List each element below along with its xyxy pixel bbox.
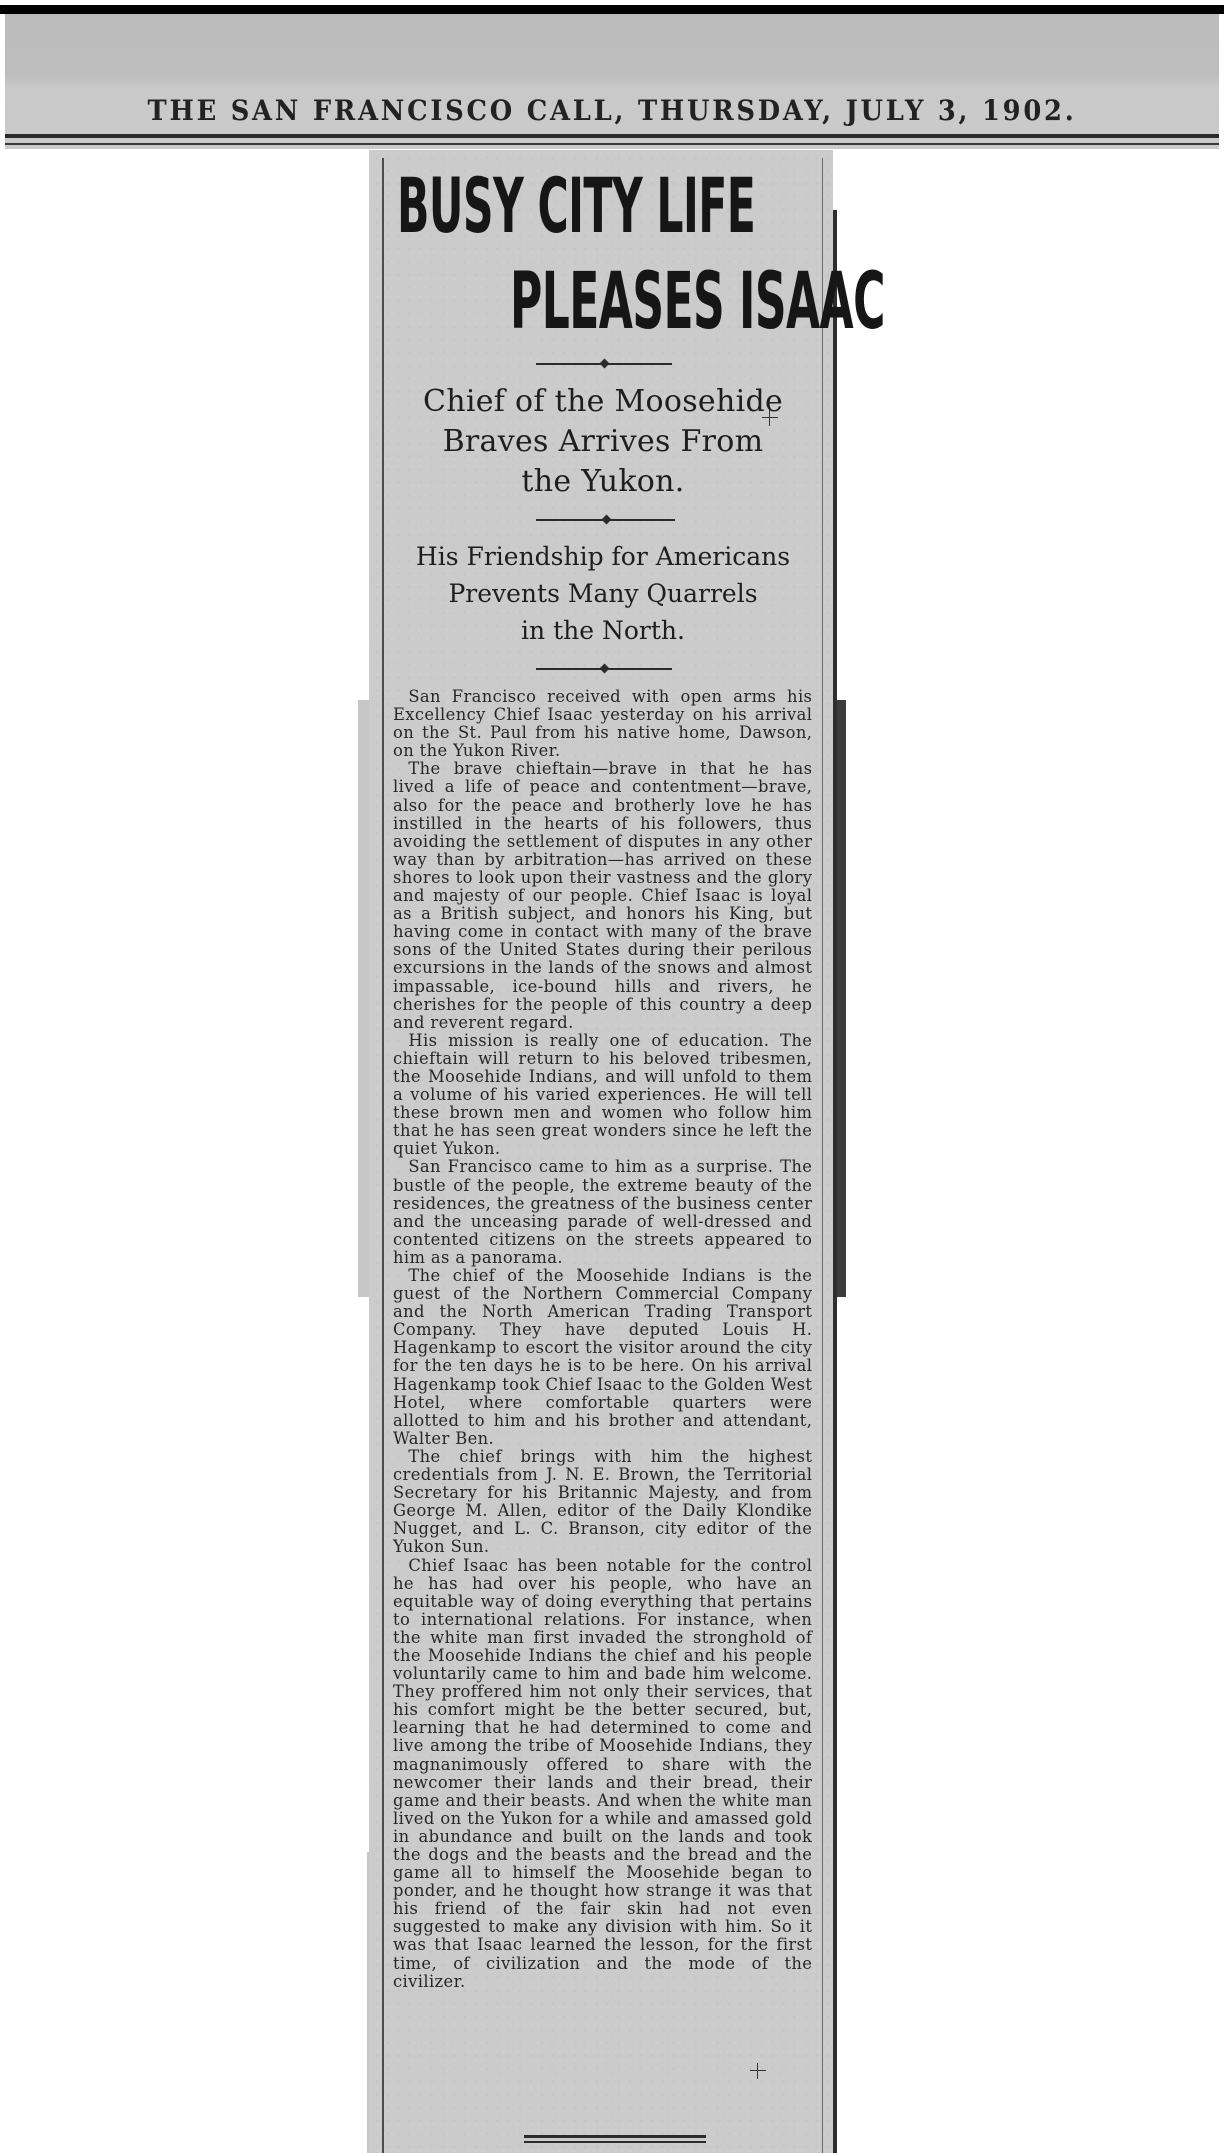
subheadline-2-line: His Friendship for Americans xyxy=(393,538,813,575)
divider-dot-icon xyxy=(601,515,611,525)
ornamental-divider xyxy=(536,363,672,365)
registration-mark-icon xyxy=(750,2063,766,2079)
column-rule-right xyxy=(822,158,823,2153)
subheadline-2-line: in the North. xyxy=(393,612,813,649)
ornamental-divider xyxy=(536,668,672,670)
subheadline-2-line: Prevents Many Quarrels xyxy=(393,575,813,612)
masthead-rule xyxy=(5,134,1219,138)
headline-line-2: PLEASES ISAAC xyxy=(510,263,885,341)
registration-mark-icon xyxy=(762,410,778,426)
paragraph: Chief Isaac has been notable for the con… xyxy=(393,1557,812,1991)
subheadline-1-line: the Yukon. xyxy=(393,462,813,502)
paragraph: The chief brings with him the highest cr… xyxy=(393,1448,812,1557)
ornamental-divider xyxy=(536,519,675,521)
masthead-title: THE SAN FRANCISCO CALL, THURSDAY, JULY 3… xyxy=(54,94,1171,127)
end-of-article-rule xyxy=(524,2135,706,2143)
top-border xyxy=(0,5,1224,14)
subheadline-1-line: Chief of the Moosehide xyxy=(393,382,813,422)
subheadline-1: Chief of the Moosehide Braves Arrives Fr… xyxy=(393,382,813,502)
column-edge-shadow xyxy=(833,210,837,2153)
paragraph: His mission is really one of education. … xyxy=(393,1032,812,1159)
divider-dot-icon xyxy=(600,359,610,369)
article-column: BUSY CITY LIFE PLEASES ISAAC Chief of th… xyxy=(369,150,833,2153)
subheadline-1-line: Braves Arrives From xyxy=(393,422,813,462)
paragraph: San Francisco came to him as a surprise.… xyxy=(393,1158,812,1267)
headline-line-1: BUSY CITY LIFE xyxy=(397,168,755,244)
column-rule-left xyxy=(382,158,384,2153)
article-body: San Francisco received with open arms hi… xyxy=(393,688,813,1991)
masthead-rule-thin xyxy=(5,143,1219,145)
paragraph: The chief of the Moosehide Indians is th… xyxy=(393,1267,812,1448)
subheadline-2: His Friendship for Americans Prevents Ma… xyxy=(393,538,813,649)
paragraph: The brave chieftain—brave in that he has… xyxy=(393,760,812,1031)
masthead: THE SAN FRANCISCO CALL, THURSDAY, JULY 3… xyxy=(5,14,1219,149)
divider-dot-icon xyxy=(600,664,610,674)
paragraph: San Francisco received with open arms hi… xyxy=(393,688,812,760)
